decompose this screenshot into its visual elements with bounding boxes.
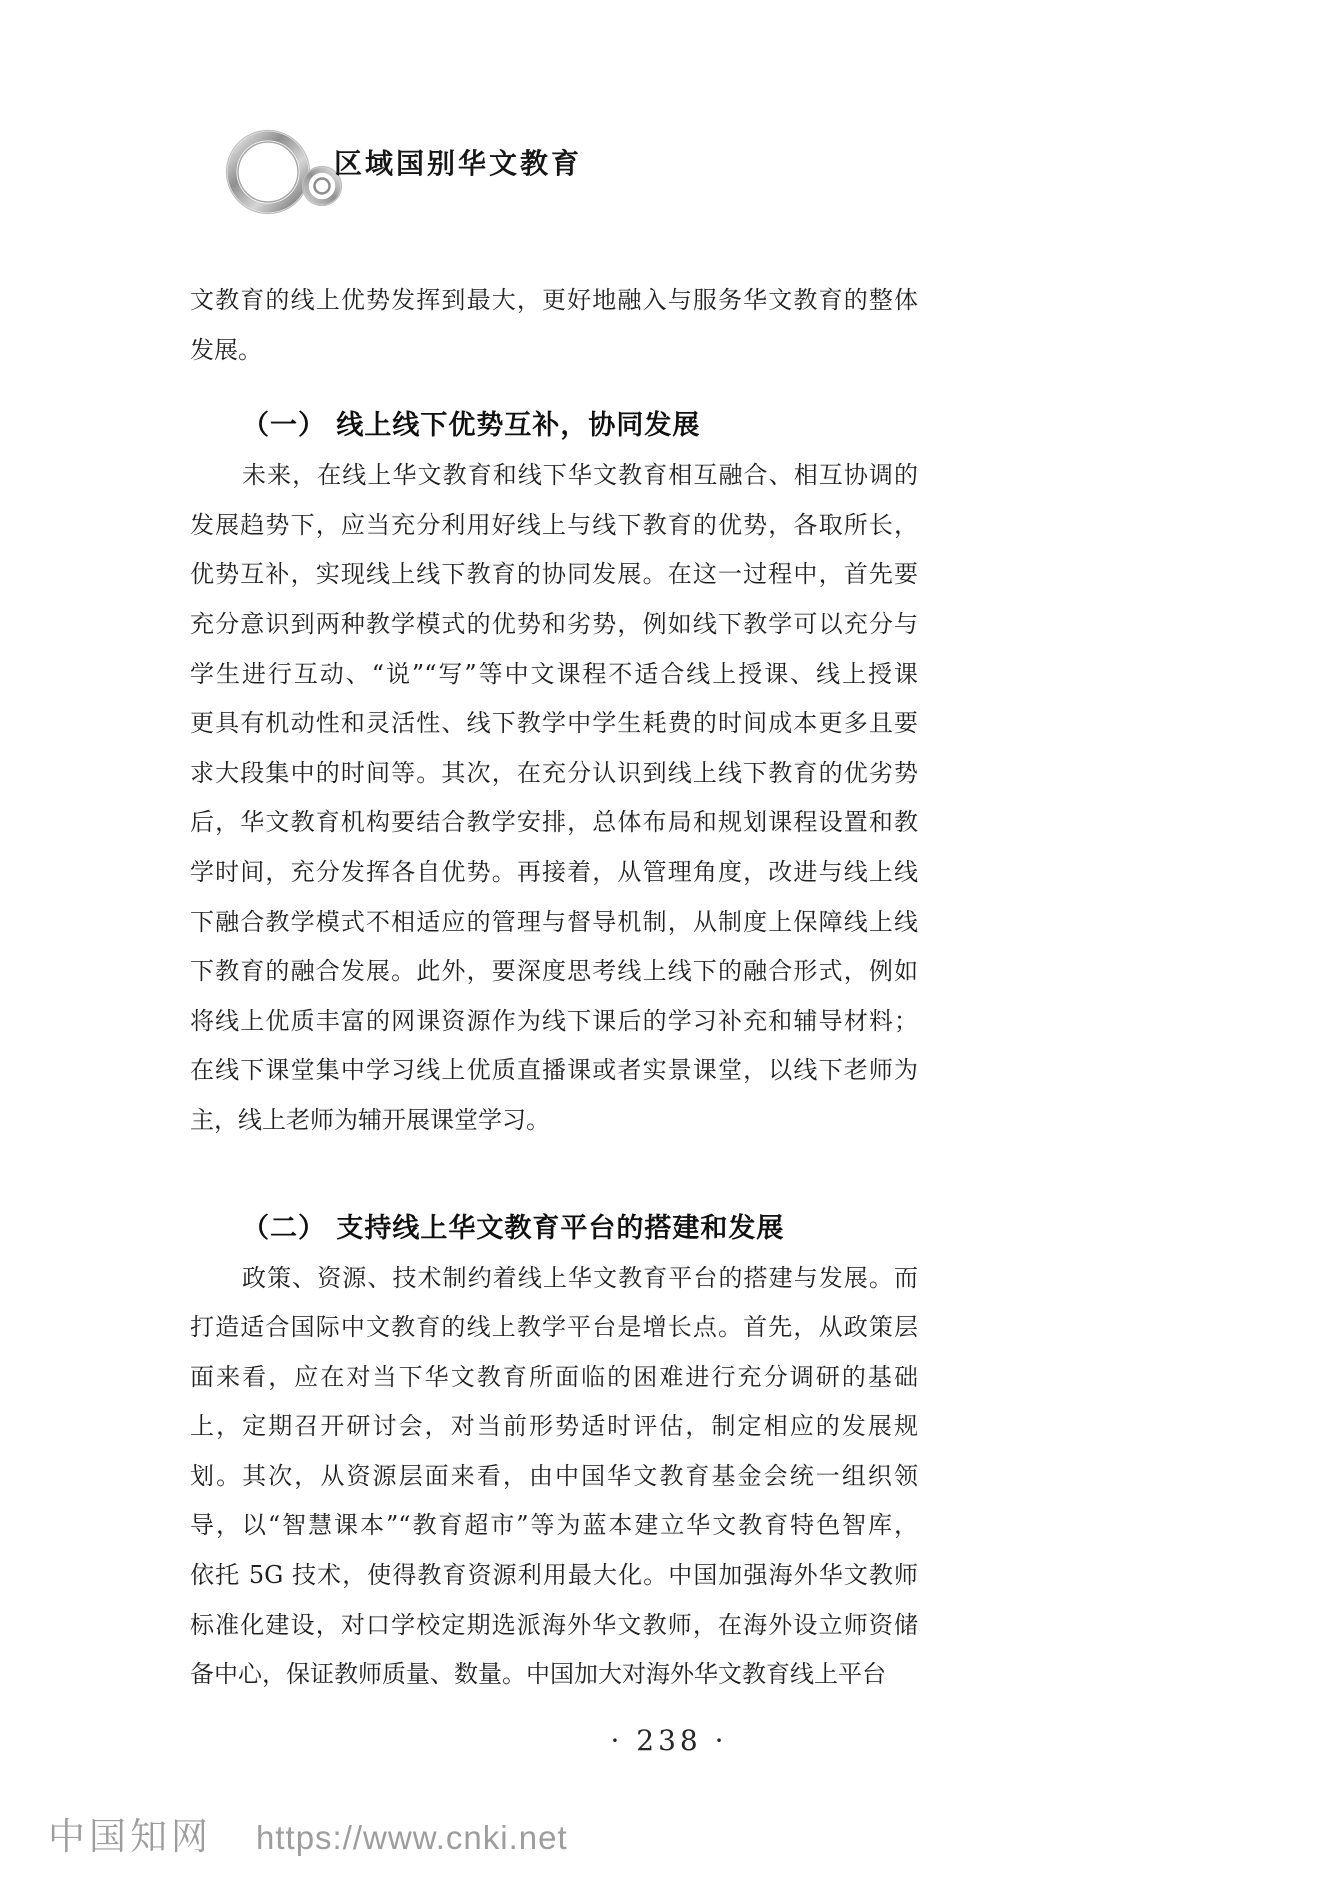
section-heading-2: （二） 支持线上华文教育平台的搭建和发展 (190, 1204, 918, 1254)
text-line: 面来看，应在对当下华文教育所面临的困难进行充分调研的基础 (190, 1353, 918, 1403)
text-line: 导，以“智慧课本”“教育超市”等为蓝本建立华文教育特色智库， (190, 1501, 918, 1551)
text-line: 后，华文教育机构要结合教学安排，总体布局和规划课程设置和教 (190, 798, 918, 848)
text-line: 将线上优质丰富的网课资源作为线下课后的学习补充和辅导材料； (190, 997, 918, 1047)
text-line: 依托 5G 技术，使得教育资源利用最大化。中国加强海外华文教师 (190, 1551, 918, 1601)
text-line: 下教育的融合发展。此外，要深度思考线上线下的融合形式，例如 (190, 947, 918, 997)
text-line: 划。其次，从资源层面来看，由中国华文教育基金会统一组织领 (190, 1452, 918, 1502)
text-line: 优势互补，实现线上线下教育的协同发展。在这一过程中，首先要 (190, 550, 918, 600)
text-line: 未来，在线上华文教育和线下华文教育相互融合、相互协调的 (190, 451, 918, 501)
text-line: 学生进行互动、“说”“写”等中文课程不适合线上授课、线上授课 (190, 650, 918, 700)
page-number: · 238 · (0, 1716, 1338, 1766)
intro-paragraph: 文教育的线上优势发挥到最大，更好地融入与服务华文教育的整体发展。 (190, 276, 918, 375)
text-line: 下融合教学模式不相适应的管理与督导机制，从制度上保障线上线 (190, 898, 918, 948)
text-line: 打造适合国际中文教育的线上教学平台是增长点。首先，从政策层 (190, 1303, 918, 1353)
text-column: 文教育的线上优势发挥到最大，更好地融入与服务华文教育的整体发展。 （一） 线上线… (190, 0, 918, 1700)
text-line: 求大段集中的时间等。其次，在充分认识到线上线下教育的优劣势 (190, 749, 918, 799)
section-1-paragraph: 未来，在线上华文教育和线下华文教育相互融合、相互协调的发展趋势下，应当充分利用好… (190, 451, 918, 1145)
text-line: 发展。 (190, 326, 918, 376)
book-page: 区域国别华文教育 文教育的线上优势发挥到最大，更好地融入与服务华文教育的整体发展… (0, 0, 1338, 1890)
cnki-url: https://www.cnki.net (256, 1819, 568, 1857)
section-heading-1: （一） 线上线下优势互补，协同发展 (190, 401, 918, 451)
text-line: 在线下课堂集中学习线上优质直播课或者实景课堂，以线下老师为 (190, 1046, 918, 1096)
text-line: 文教育的线上优势发挥到最大，更好地融入与服务华文教育的整体 (190, 276, 918, 326)
section-2-paragraph: 政策、资源、技术制约着线上华文教育平台的搭建与发展。而打造适合国际中文教育的线上… (190, 1254, 918, 1700)
cnki-site-name: 中国知网 (48, 1806, 212, 1860)
text-line: 备中心，保证教师质量、数量。中国加大对海外华文教育线上平台 (190, 1650, 918, 1700)
text-line: 发展趋势下，应当充分利用好线上与线下教育的优势，各取所长， (190, 501, 918, 551)
text-line: 标准化建设，对口学校定期选派海外华文教师，在海外设立师资储 (190, 1601, 918, 1651)
text-line: 主，线上老师为辅开展课堂学习。 (190, 1096, 918, 1146)
text-line: 更具有机动性和灵活性、线下教学中学生耗费的时间成本更多且要 (190, 699, 918, 749)
cnki-watermark: 中国知网 https://www.cnki.net (48, 1806, 568, 1860)
text-line: 上，定期召开研讨会，对当前形势适时评估，制定相应的发展规 (190, 1402, 918, 1452)
text-line: 充分意识到两种教学模式的优势和劣势，例如线下教学可以充分与 (190, 600, 918, 650)
text-line: 政策、资源、技术制约着线上华文教育平台的搭建与发展。而 (190, 1254, 918, 1304)
text-line: 学时间，充分发挥各自优势。再接着，从管理角度，改进与线上线 (190, 848, 918, 898)
